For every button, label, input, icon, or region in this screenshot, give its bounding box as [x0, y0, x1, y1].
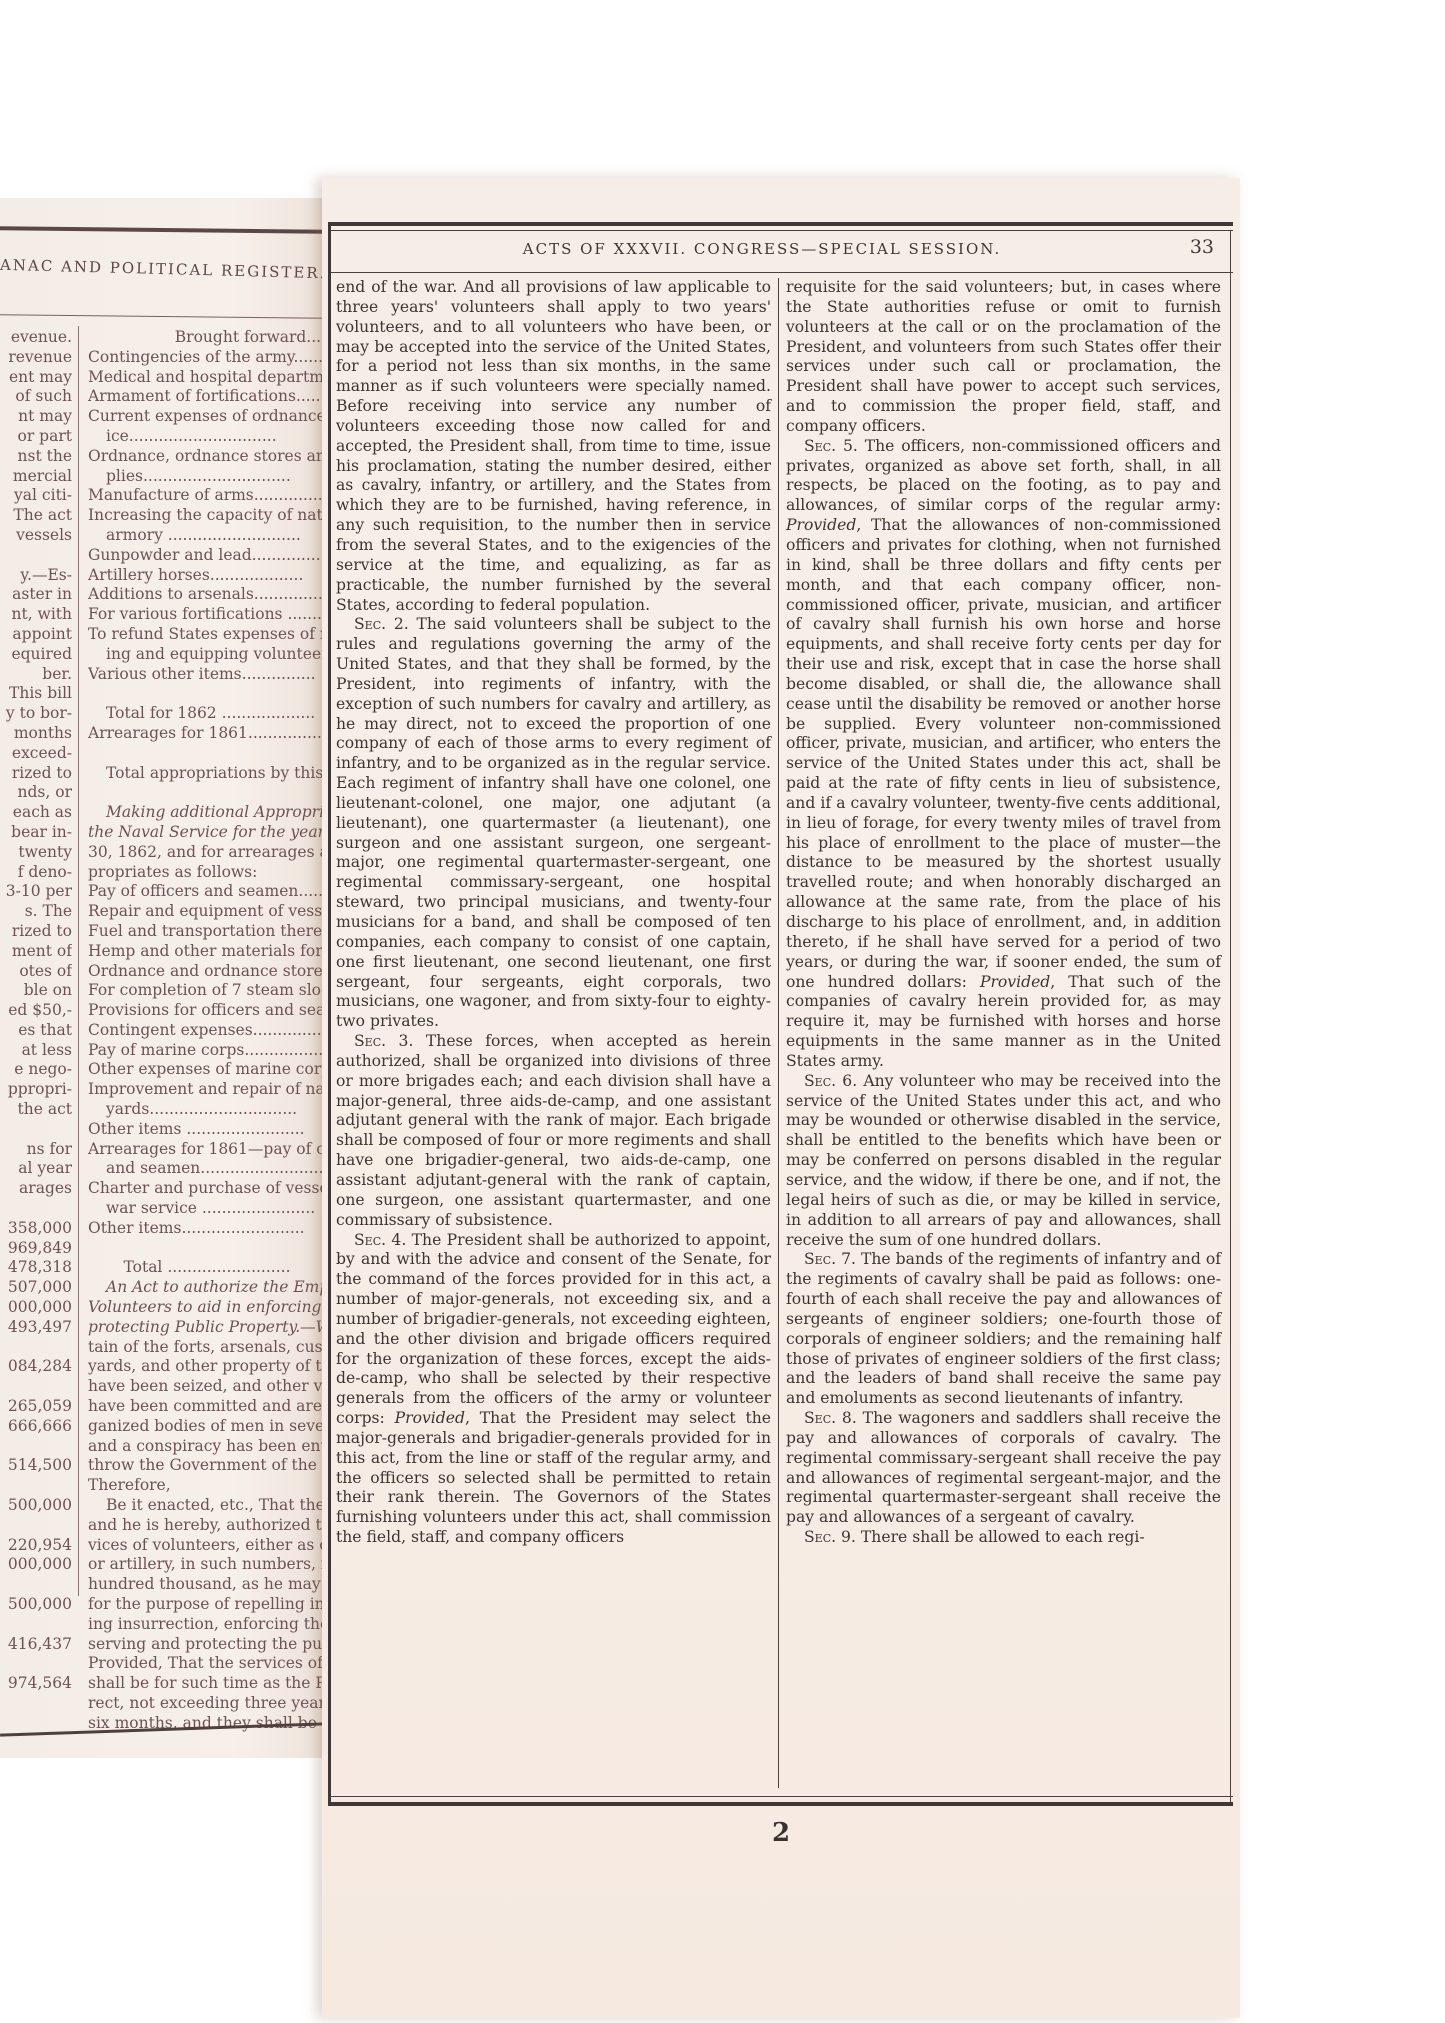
appropriation-line: Volunteers to aid in enforcing the Laws …	[88, 1298, 326, 1318]
section-paragraph: Sec. 6. Any volunteer who may be receive…	[786, 1072, 1221, 1251]
appropriation-line: Brought forward....	[88, 328, 326, 348]
appropriation-line: ing insurrection, enforcing the laws, an…	[88, 1615, 326, 1635]
appropriation-line: Arrearages for 1861...............	[88, 724, 326, 744]
appropriation-line: Total appropriations by this bill	[88, 764, 326, 784]
margin-line: 969,849	[0, 1239, 72, 1259]
margin-line: nds, or	[0, 783, 72, 803]
appropriation-line: Improvement and repair of navy	[88, 1080, 326, 1100]
margin-line: y to bor-	[0, 704, 72, 724]
margin-line: ble on	[0, 981, 72, 1001]
margin-line	[0, 546, 72, 566]
appropriation-line: ice..............................	[88, 427, 326, 447]
margin-line	[0, 1199, 72, 1219]
margin-line: y.—Es-	[0, 566, 72, 586]
appropriation-line: Hemp and other materials for navy	[88, 942, 326, 962]
margin-line: at less	[0, 1041, 72, 1061]
margin-line: 000,000	[0, 1298, 72, 1318]
appropriation-line: Increasing the capacity of national	[88, 506, 326, 526]
margin-line: The act	[0, 506, 72, 526]
appropriation-line: Contingencies of the army......	[88, 348, 326, 368]
appropriation-line: Other items.........................	[88, 1219, 326, 1239]
appropriation-line: Additions to arsenals..............	[88, 585, 326, 605]
continued-paragraph: end of the war. And all provisions of la…	[336, 278, 771, 615]
continued-paragraph: requisite for the said volunteers; but, …	[786, 278, 1221, 437]
margin-line: mercial	[0, 467, 72, 487]
section-label: Sec. 3.	[354, 1032, 426, 1050]
appropriation-line: tain of the forts, arsenals, custom-hous…	[88, 1338, 326, 1358]
margin-line: the act	[0, 1100, 72, 1120]
margin-line: appoint	[0, 625, 72, 645]
section-label: Sec. 2.	[354, 615, 416, 633]
text-column-2: requisite for the said volunteers; but, …	[786, 278, 1221, 1548]
margin-line	[0, 1120, 72, 1140]
margin-line: of such	[0, 387, 72, 407]
section-paragraph: Sec. 5. The officers, non-commissioned o…	[786, 437, 1221, 1072]
appropriation-line: Other items ........................	[88, 1120, 326, 1140]
column-divider	[778, 278, 779, 1788]
margin-line: 265,059	[0, 1397, 72, 1417]
frame-top-rule	[328, 222, 1233, 226]
margin-line: months	[0, 724, 72, 744]
appropriation-line: rect, not exceeding three years nor less…	[88, 1694, 326, 1714]
margin-line: 478,318	[0, 1258, 72, 1278]
appropriation-line: hundred thousand, as he may deem necessa…	[88, 1575, 326, 1595]
appropriation-line: Provisions for officers and seamen.	[88, 1001, 326, 1021]
frame-left-rule	[328, 222, 331, 1802]
margin-line: evenue.	[0, 328, 72, 348]
margin-line: ed $50,-	[0, 1001, 72, 1021]
appropriation-line: yards, and other property of the United …	[88, 1357, 326, 1377]
margin-line: 000,000	[0, 1555, 72, 1575]
section-label: Sec. 8.	[804, 1409, 863, 1427]
appropriation-line: 30, 1862, and for arrearages ap-	[88, 843, 326, 863]
appropriation-line: For completion of 7 steam sloops...	[88, 981, 326, 1001]
appropriation-line: An Act to authorize the Employment of	[88, 1278, 326, 1298]
appropriation-line: protecting Public Property.—Whereas cer-	[88, 1318, 326, 1338]
margin-line: ppropri-	[0, 1080, 72, 1100]
margin-line: 358,000	[0, 1219, 72, 1239]
appropriation-line: and seamen.........................	[88, 1159, 326, 1179]
margin-line: 500,000	[0, 1496, 72, 1516]
right-page: ACTS OF XXXVII. CONGRESS—SPECIAL SESSION…	[322, 178, 1240, 2018]
appropriation-line: plies..............................	[88, 467, 326, 487]
appropriation-line: yards..............................	[88, 1100, 326, 1120]
appropriation-line: Provided, That the services of the volun…	[88, 1654, 326, 1674]
appropriation-line: and a conspiracy has been entered into t…	[88, 1437, 326, 1457]
margin-line: 514,500	[0, 1456, 72, 1476]
signature-mark: 2	[772, 1818, 790, 1848]
margin-line	[0, 1338, 72, 1358]
margin-line: 416,437	[0, 1635, 72, 1655]
appropriation-line: shall be for such time as the President …	[88, 1674, 326, 1694]
section-label: Sec. 9.	[804, 1528, 861, 1546]
appropriation-line	[88, 783, 326, 803]
left-running-head: ANAC AND POLITICAL REGISTER.	[0, 256, 325, 283]
margin-line: 507,000	[0, 1278, 72, 1298]
appropriation-line: have been seized, and other violations o…	[88, 1377, 326, 1397]
margin-line: e nego-	[0, 1060, 72, 1080]
appropriation-line: Total .........................	[88, 1258, 326, 1278]
appropriation-line: Therefore,	[88, 1476, 326, 1496]
appropriations-column: Brought forward....Contingencies of the …	[88, 328, 326, 1734]
margin-line: twenty	[0, 843, 72, 863]
margin-line: al year	[0, 1159, 72, 1179]
running-head: ACTS OF XXXVII. CONGRESS—SPECIAL SESSION…	[322, 240, 1202, 258]
margin-line	[0, 1476, 72, 1496]
left-column-divider	[78, 326, 79, 1596]
appropriation-line: Armament of fortifications.......	[88, 387, 326, 407]
margin-line: 084,284	[0, 1357, 72, 1377]
provided-italic: Provided	[395, 1409, 465, 1427]
margin-line: aster in	[0, 585, 72, 605]
section-label: Sec. 7.	[804, 1250, 861, 1268]
margin-line: or part	[0, 427, 72, 447]
appropriation-line: Other expenses of marine corps.....	[88, 1060, 326, 1080]
appropriation-line: Ordnance, ordnance stores and sup-	[88, 447, 326, 467]
provided-italic: Provided	[980, 973, 1050, 991]
margin-line: equired	[0, 645, 72, 665]
appropriation-line: Ordnance and ordnance stores......	[88, 962, 326, 982]
section-paragraph: Sec. 2. The said volunteers shall be sub…	[336, 615, 771, 1032]
margin-line: 666,666	[0, 1417, 72, 1437]
section-paragraph: Sec. 7. The bands of the regiments of in…	[786, 1250, 1221, 1409]
appropriation-line: Current expenses of ordnance ser-	[88, 407, 326, 427]
appropriation-line: Pay of officers and seamen.........	[88, 882, 326, 902]
appropriation-line: serving and protecting the public proper…	[88, 1635, 326, 1655]
margin-line: nst the	[0, 447, 72, 467]
margin-line	[0, 1516, 72, 1536]
appropriation-line: vices of volunteers, either as cavalry, …	[88, 1536, 326, 1556]
margin-line: arages	[0, 1179, 72, 1199]
margin-line: bear in-	[0, 823, 72, 843]
appropriation-line: Arrearages for 1861—pay of officers	[88, 1140, 326, 1160]
section-label: Sec. 5.	[804, 437, 865, 455]
margin-line: rized to	[0, 922, 72, 942]
appropriation-line	[88, 744, 326, 764]
appropriation-line: ganized bodies of men in several of the …	[88, 1417, 326, 1437]
margin-line: nt may	[0, 407, 72, 427]
provided-italic: Provided	[786, 516, 856, 534]
margin-line: nt, with	[0, 605, 72, 625]
margin-line: 974,564	[0, 1674, 72, 1694]
frame-bottom-rule	[328, 1802, 1233, 1806]
appropriation-line: Contingent expenses................	[88, 1021, 326, 1041]
section-paragraph: Sec. 8. The wagoners and saddlers shall …	[786, 1409, 1221, 1528]
margin-line	[0, 1437, 72, 1457]
appropriation-line: Pay of marine corps.................	[88, 1041, 326, 1061]
margin-line: vessels	[0, 526, 72, 546]
left-facing-page: ANAC AND POLITICAL REGISTER. evenue.reve…	[0, 198, 335, 1758]
frame-right-rule	[1230, 230, 1231, 1802]
margin-line: es that	[0, 1021, 72, 1041]
section-paragraph: Sec. 9. There shall be allowed to each r…	[786, 1528, 1221, 1548]
appropriation-line: Repair and equipment of vessels...	[88, 902, 326, 922]
page-number: 33	[1190, 236, 1214, 258]
appropriation-line	[88, 1239, 326, 1259]
frame-inner-bottom-rule	[328, 1796, 1233, 1797]
margin-line: f deno-	[0, 863, 72, 883]
appropriation-line	[88, 684, 326, 704]
margin-line: exceed-	[0, 744, 72, 764]
appropriation-line: Charter and purchase of vessels for	[88, 1179, 326, 1199]
margin-line: 3-10 per	[0, 882, 72, 902]
appropriation-line: or artillery, in such numbers, not excee…	[88, 1555, 326, 1575]
appropriation-line: Total for 1862 ...................	[88, 704, 326, 724]
margin-line: 500,000	[0, 1595, 72, 1615]
section-paragraph: Sec. 4. The President shall be authorize…	[336, 1231, 771, 1549]
margin-line: ns for	[0, 1140, 72, 1160]
margin-line: ment of	[0, 942, 72, 962]
margin-line	[0, 1377, 72, 1397]
appropriation-line: Artillery horses...................	[88, 566, 326, 586]
left-header-rule	[0, 314, 325, 318]
appropriation-line: Gunpowder and lead...............	[88, 546, 326, 566]
text-column-1: end of the war. And all provisions of la…	[336, 278, 771, 1548]
section-paragraph: Sec. 3. These forces, when accepted as h…	[336, 1032, 771, 1230]
appropriation-line: have been committed and are threatened b…	[88, 1397, 326, 1417]
appropriation-line: propriates as follows:	[88, 863, 326, 883]
appropriation-line: for the purpose of repelling invasion, s…	[88, 1595, 326, 1615]
margin-line: ber.	[0, 665, 72, 685]
appropriation-line: ing and equipping volunteers...	[88, 645, 326, 665]
margin-line: revenue	[0, 348, 72, 368]
margin-line: yal citi-	[0, 486, 72, 506]
appropriation-line: Medical and hospital department	[88, 368, 326, 388]
appropriation-line: For various fortifications .........	[88, 605, 326, 625]
appropriation-line: and he is hereby, authorized to accept t…	[88, 1516, 326, 1536]
appropriation-line: To refund States expenses of muster-	[88, 625, 326, 645]
left-top-rule	[0, 226, 325, 233]
margin-line: This bill	[0, 684, 72, 704]
margin-line: otes of	[0, 962, 72, 982]
margin-line	[0, 1615, 72, 1635]
margin-line: ent may	[0, 368, 72, 388]
appropriation-line: the Naval Service for the year ending	[88, 823, 326, 843]
header-rule	[328, 272, 1233, 273]
margin-line: s. The	[0, 902, 72, 922]
margin-line	[0, 1575, 72, 1595]
section-label: Sec. 4.	[354, 1231, 412, 1249]
margin-line: 220,954	[0, 1536, 72, 1556]
appropriation-line: armory ...........................	[88, 526, 326, 546]
margin-line: rized to	[0, 764, 72, 784]
appropriation-line: Fuel and transportation thereof....	[88, 922, 326, 942]
appropriation-line: throw the Government of the United State…	[88, 1456, 326, 1476]
margin-line: each as	[0, 803, 72, 823]
margin-line	[0, 1654, 72, 1674]
left-margin-column: evenue.revenueent mayof suchnt mayor par…	[0, 328, 72, 1694]
appropriation-line: Various other items...............	[88, 665, 326, 685]
frame-inner-top-rule	[328, 230, 1233, 231]
appropriation-line: Making additional Appropriations for	[88, 803, 326, 823]
margin-line: 493,497	[0, 1318, 72, 1338]
appropriation-line: Manufacture of arms...............	[88, 486, 326, 506]
section-label: Sec. 6.	[804, 1072, 863, 1090]
appropriation-line: Be it enacted, etc., That the President …	[88, 1496, 326, 1516]
appropriation-line: war service .......................	[88, 1199, 326, 1219]
